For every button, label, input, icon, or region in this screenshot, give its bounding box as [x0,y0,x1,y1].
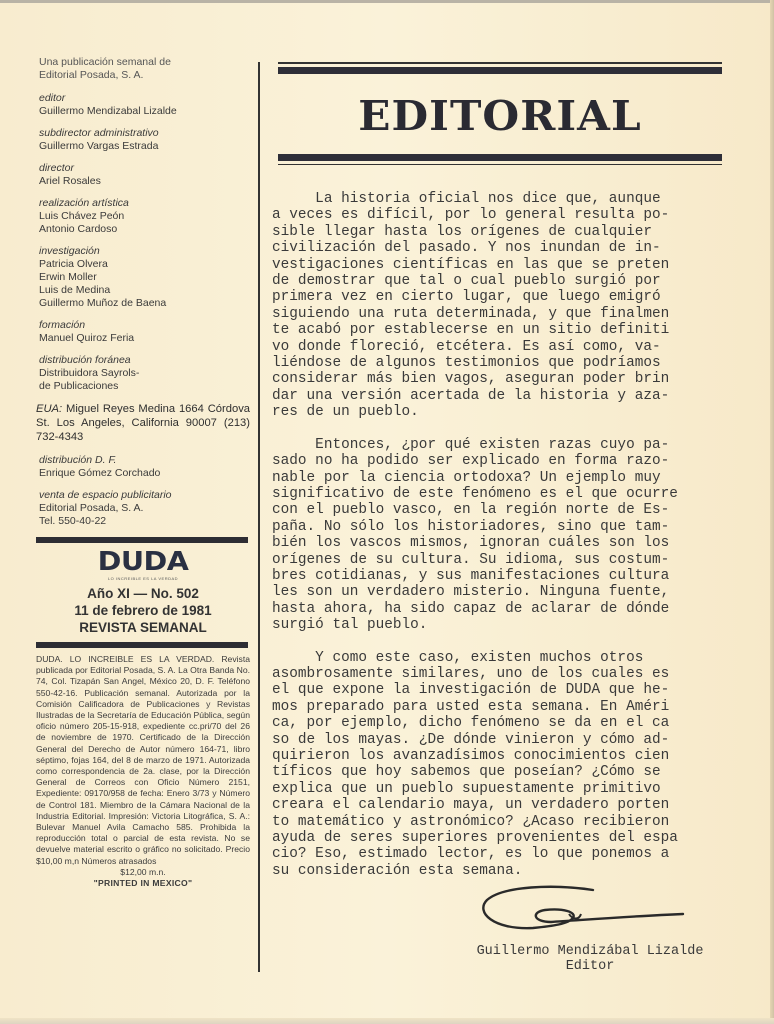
credit-role: realización artística [39,197,250,210]
signer-title: Editor [455,959,725,974]
credit-entry: distribución D. F.Enrique Gómez Corchado [36,454,250,480]
eua-text: Miguel Reyes Medina 1664 Córdova St. Los… [36,403,250,443]
credit-role: venta de espacio publicitario [39,489,250,502]
signature-icon [473,878,693,938]
credit-name: Guillermo Vargas Estrada [39,140,250,153]
credit-role: subdirector administrativo [39,127,250,140]
credit-role: director [39,162,250,175]
credit-entry: directorAriel Rosales [36,162,250,188]
credit-role: editor [39,92,250,105]
credit-entry: distribución foráneaDistribuidora Sayrol… [36,354,250,393]
credit-entry: investigaciónPatricia OlveraErwin Moller… [36,245,250,310]
credit-name: Tel. 550-40-22 [39,515,250,528]
editorial-title: EDITORIAL [265,92,735,140]
issue-info: Año XI — No. 502 11 de febrero de 1981 R… [36,585,250,636]
credit-role: distribución foránea [39,354,250,367]
credits-list-after: distribución D. F.Enrique Gómez Corchado… [36,454,250,528]
credit-entry: realización artísticaLuis Chávez PeónAnt… [36,197,250,236]
credit-entry: venta de espacio publicitarioEditorial P… [36,489,250,528]
intro-line: Editorial Posada, S. A. [39,69,250,82]
divider-rule [36,642,248,648]
credits-list: editorGuillermo Mendizabal Lizaldesubdir… [36,92,250,393]
column-divider [258,62,260,972]
printed-in-mexico: "PRINTED IN MEXICO" [36,878,250,889]
title-rule-bottom-thin [278,164,722,166]
publisher-intro: Una publicación semanal de Editorial Pos… [36,56,250,82]
title-rule-bottom-thick [278,154,722,161]
eua-label: EUA: [36,403,62,415]
page-right-edge [770,0,774,1024]
issue-date: 11 de febrero de 1981 [36,602,250,619]
credit-name: Patricia Olvera [39,258,250,271]
credit-name: Luis de Medina [39,284,250,297]
credit-name: Ariel Rosales [39,175,250,188]
credit-name: Manuel Quiroz Feria [39,332,250,345]
credit-name: Guillermo Mendizabal Lizalde [39,105,250,118]
signer-name: Guillermo Mendizábal Lizalde [455,944,725,959]
editorial-body: La historia oficial nos dice que, aunque… [272,191,728,879]
editorial-paragraph: Entonces, ¿por qué existen razas cuyo pa… [272,437,728,634]
magazine-page: Una publicación semanal de Editorial Pos… [0,0,774,1024]
legal-text: DUDA. LO INCREIBLE ES LA VERDAD. Revista… [36,654,250,867]
divider-rule [36,537,248,543]
page-bottom-edge [0,1018,774,1024]
editorial-paragraph: La historia oficial nos dice que, aunque… [272,191,728,421]
issue-number: Año XI — No. 502 [36,585,250,602]
credit-entry: editorGuillermo Mendizabal Lizalde [36,92,250,118]
credit-name: Enrique Gómez Corchado [39,467,250,480]
duda-logo: DUDA [25,549,260,575]
credit-role: investigación [39,245,250,258]
issue-frequency: REVISTA SEMANAL [36,619,250,636]
editorial-column: EDITORIAL La historia oficial nos dice q… [272,58,728,895]
credit-role: distribución D. F. [39,454,250,467]
credit-role: formación [39,319,250,332]
intro-line: Una publicación semanal de [39,56,250,69]
credit-entry: formaciónManuel Quiroz Feria [36,319,250,345]
credit-name: de Publicaciones [39,380,250,393]
credit-entry: subdirector administrativoGuillermo Varg… [36,127,250,153]
credit-name: Guillermo Muñoz de Baena [39,297,250,310]
page-top-edge [0,0,774,3]
legal-notice: DUDA. LO INCREIBLE ES LA VERDAD. Revista… [36,654,250,889]
eua-distribution: EUA: Miguel Reyes Medina 1664 Córdova St… [36,402,250,444]
credit-name: Distribuidora Sayrols- [39,367,250,380]
back-issue-price: $12,00 m.n. [36,867,250,878]
title-rule-top-thin [278,62,722,64]
masthead-column: Una publicación semanal de Editorial Pos… [36,56,250,889]
signature-name: Guillermo Mendizábal Lizalde Editor [455,944,725,974]
title-rule-top-thick [278,67,722,74]
credit-name: Luis Chávez Peón [39,210,250,223]
editorial-paragraph: Y como este caso, existen muchos otros a… [272,650,728,880]
credit-name: Editorial Posada, S. A. [39,502,250,515]
credit-name: Erwin Moller [39,271,250,284]
credit-name: Antonio Cardoso [39,223,250,236]
